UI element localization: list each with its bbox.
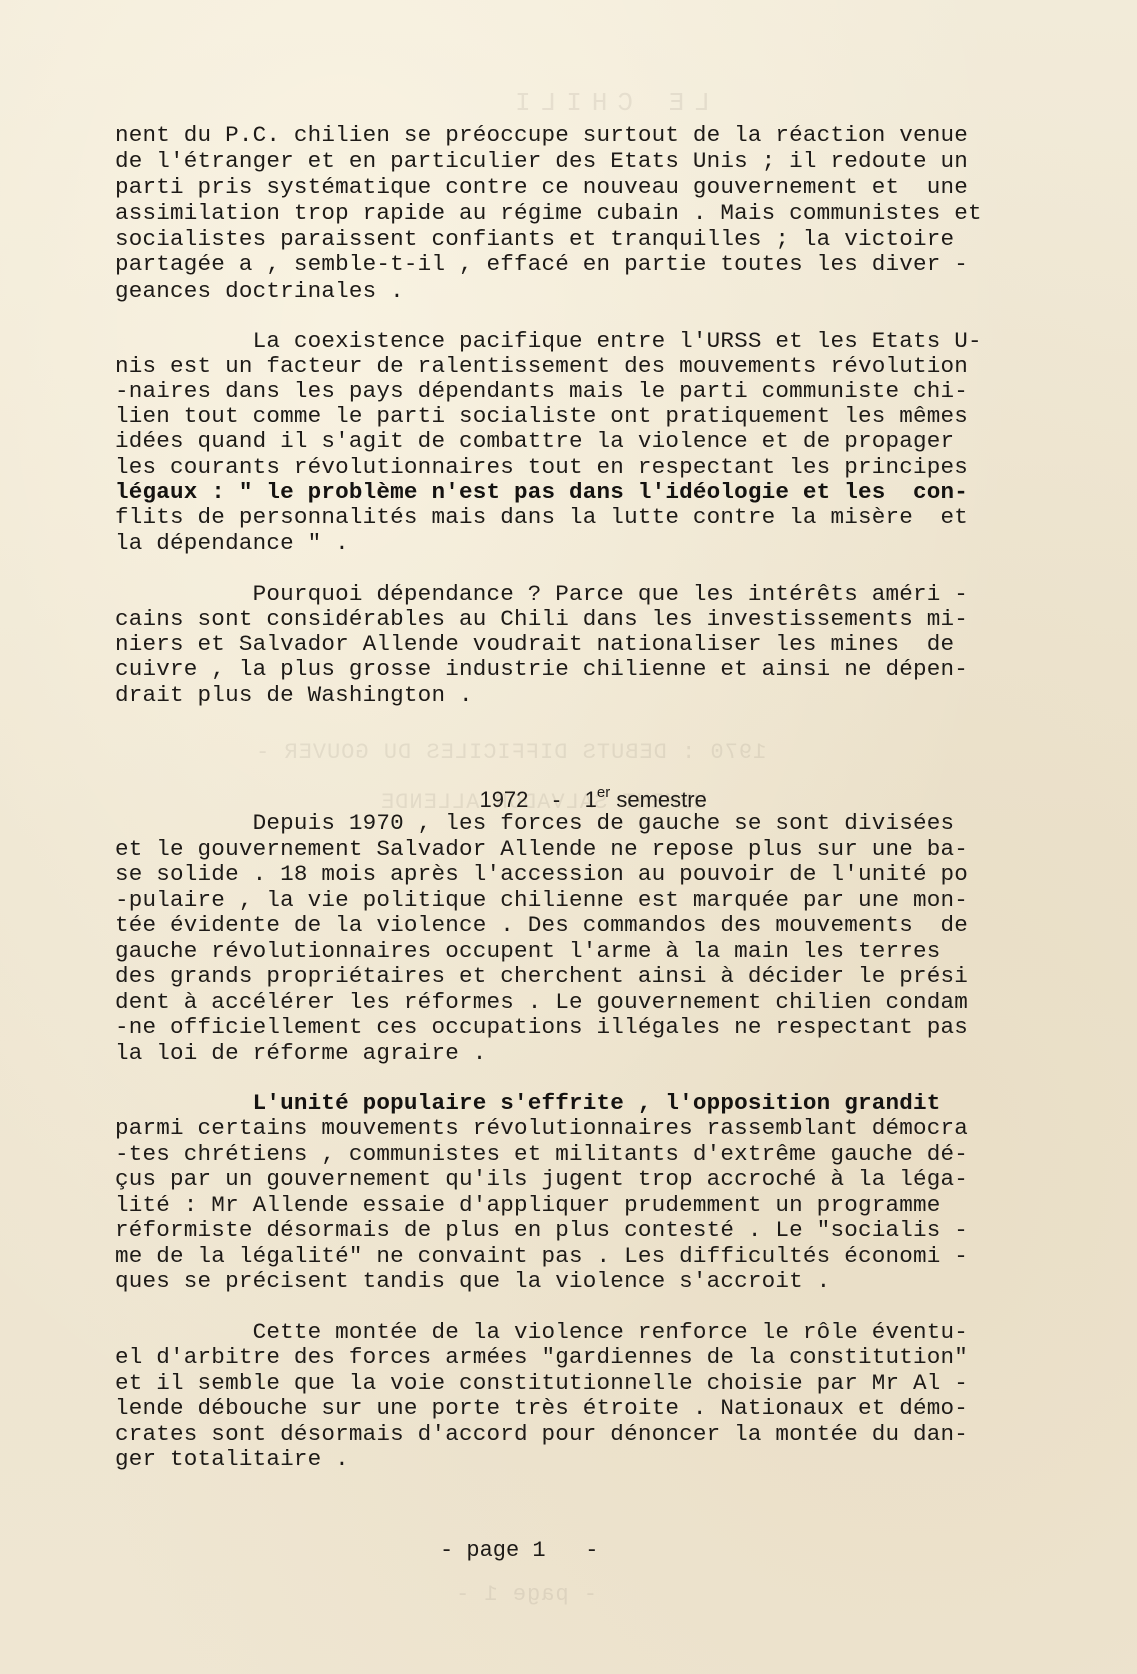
text-line: gauche révolutionnaires occupent l'arme …: [115, 940, 941, 963]
text-line: geances doctrinales .: [115, 280, 404, 303]
text-line: Cette montée de la violence renforce le …: [115, 1321, 968, 1344]
text-line: assimilation trop rapide au régime cubai…: [115, 202, 982, 225]
text-line-quote: légaux : " le problème n'est pas dans l'…: [115, 481, 968, 504]
text-line: et il semble que la voie constitutionnel…: [115, 1372, 968, 1395]
text-line: -naires dans les pays dépendants mais le…: [115, 380, 968, 403]
text-line: nis est un facteur de ralentissement des…: [115, 355, 968, 378]
text-line: lende débouche sur une porte très étroit…: [115, 1397, 968, 1420]
text-line: nent du P.C. chilien se préoccupe surtou…: [115, 124, 968, 147]
text-line: lité : Mr Allende essaie d'appliquer pru…: [115, 1194, 941, 1217]
text-line: el d'arbitre des forces armées "gardienn…: [115, 1346, 968, 1369]
text-line: de l'étranger et en particulier des Etat…: [115, 150, 968, 173]
text-line: socialistes paraissent confiants et tran…: [115, 228, 954, 251]
text-line: niers et Salvador Allende voudrait natio…: [115, 633, 954, 656]
text-line: Depuis 1970 , les forces de gauche se so…: [115, 812, 954, 835]
text-line: idées quand il s'agit de combattre la vi…: [115, 430, 954, 453]
text-line: les courants révolutionnaires tout en re…: [115, 456, 968, 479]
heading-ordinal: 1: [585, 787, 597, 812]
heading-ordinal-suffix: er: [597, 784, 610, 801]
text-line: L'unité populaire s'effrite , l'oppositi…: [115, 1092, 941, 1115]
text-line: La coexistence pacifique entre l'URSS et…: [115, 330, 982, 353]
text-line: dent à accélérer les réformes . Le gouve…: [115, 991, 968, 1014]
bleed-through-title: LE CHILI: [505, 88, 710, 118]
text-line: tée évidente de la violence . Des comman…: [115, 914, 968, 937]
text-line: cains sont considérables au Chili dans l…: [115, 608, 968, 631]
text-line: me de la légalité" ne convaint pas . Les…: [115, 1245, 968, 1268]
text-line: Pourquoi dépendance ? Parce que les inté…: [115, 583, 968, 606]
text-line: des grands propriétaires et cherchent ai…: [115, 965, 968, 988]
text-line: crates sont désormais d'accord pour déno…: [115, 1423, 968, 1446]
text-line: -pulaire , la vie politique chilienne es…: [115, 889, 968, 912]
text-line: parmi certains mouvements révolutionnair…: [115, 1117, 968, 1140]
bleed-through-footer: - page 1 -: [455, 1582, 597, 1607]
text-line: drait plus de Washington .: [115, 684, 473, 707]
text-line: la loi de réforme agraire .: [115, 1042, 486, 1065]
text-line: ger totalitaire .: [115, 1448, 349, 1471]
scanned-page: LE CHILI 1970 : DEBUTS DIFFICILES DU GOU…: [0, 0, 1137, 1674]
text-line: cuivre , la plus grosse industrie chilie…: [115, 658, 968, 681]
heading-label: semestre: [616, 787, 706, 812]
text-line: parti pris systématique contre ce nouvea…: [115, 176, 968, 199]
page-number: - page 1 -: [440, 1538, 598, 1563]
text-line: et le gouvernement Salvador Allende ne r…: [115, 838, 968, 861]
text-line-quote: flits de personnalités mais dans la lutt…: [115, 506, 968, 529]
text-line: réformiste désormais de plus en plus con…: [115, 1219, 968, 1242]
text-line: ques se précisent tandis que la violence…: [115, 1270, 830, 1293]
text-line: la dépendance " .: [115, 532, 349, 555]
heading-year: 1972: [479, 787, 528, 812]
text-line: çus par un gouvernement qu'ils jugent tr…: [115, 1168, 968, 1191]
text-line: -ne officiellement ces occupations illég…: [115, 1016, 968, 1039]
text-line: se solide . 18 mois après l'accession au…: [115, 863, 968, 886]
text-line: -tes chrétiens , communistes et militant…: [115, 1143, 968, 1166]
text-line: partagée a , semble-t-il , effacé en par…: [115, 253, 968, 276]
text-line: lien tout comme le parti socialiste ont …: [115, 405, 968, 428]
